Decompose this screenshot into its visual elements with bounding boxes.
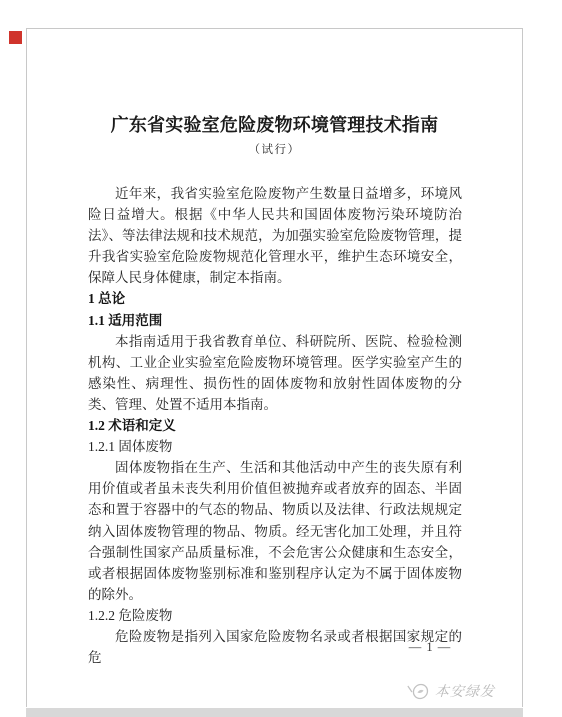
- document-page: 广东省实验室危险废物环境管理技术指南 （试行） 近年来，我省实验室危险废物产生数…: [26, 28, 523, 707]
- circle-logo-icon: [405, 681, 430, 701]
- document-title: 广东省实验室危险废物环境管理技术指南: [27, 111, 522, 137]
- intro-paragraph: 近年来，我省实验室危险废物产生数量日益增多，环境风险日益增大。根据《中华人民共和…: [88, 183, 462, 288]
- watermark: 本安绿发: [405, 680, 496, 702]
- page-gap-strip: [26, 708, 523, 717]
- document-body: 近年来，我省实验室危险废物产生数量日益增多，环境风险日益增大。根据《中华人民共和…: [88, 183, 462, 668]
- cursor-position-marker: [9, 31, 22, 44]
- solid-waste-paragraph: 固体废物指在生产、生活和其他活动中产生的丧失原有利用价值或者虽未丧失利用价值但被…: [88, 457, 462, 605]
- heading-1-2-terms: 1.2 术语和定义: [88, 415, 462, 436]
- heading-1-2-2-hazardous-waste: 1.2.2 危险废物: [88, 605, 462, 626]
- heading-1-general: 1 总论: [88, 288, 462, 309]
- watermark-text: 本安绿发: [434, 681, 495, 701]
- document-subtitle: （试行）: [27, 141, 522, 157]
- scope-paragraph: 本指南适用于我省教育单位、科研院所、医院、检验检测机构、工业企业实验室危险废物环…: [88, 331, 462, 415]
- document-viewer: 广东省实验室危险废物环境管理技术指南 （试行） 近年来，我省实验室危险废物产生数…: [0, 0, 562, 717]
- heading-1-2-1-solid-waste: 1.2.1 固体废物: [88, 436, 462, 457]
- page-number: — 1 —: [405, 640, 455, 655]
- heading-1-1-scope: 1.1 适用范围: [88, 310, 462, 331]
